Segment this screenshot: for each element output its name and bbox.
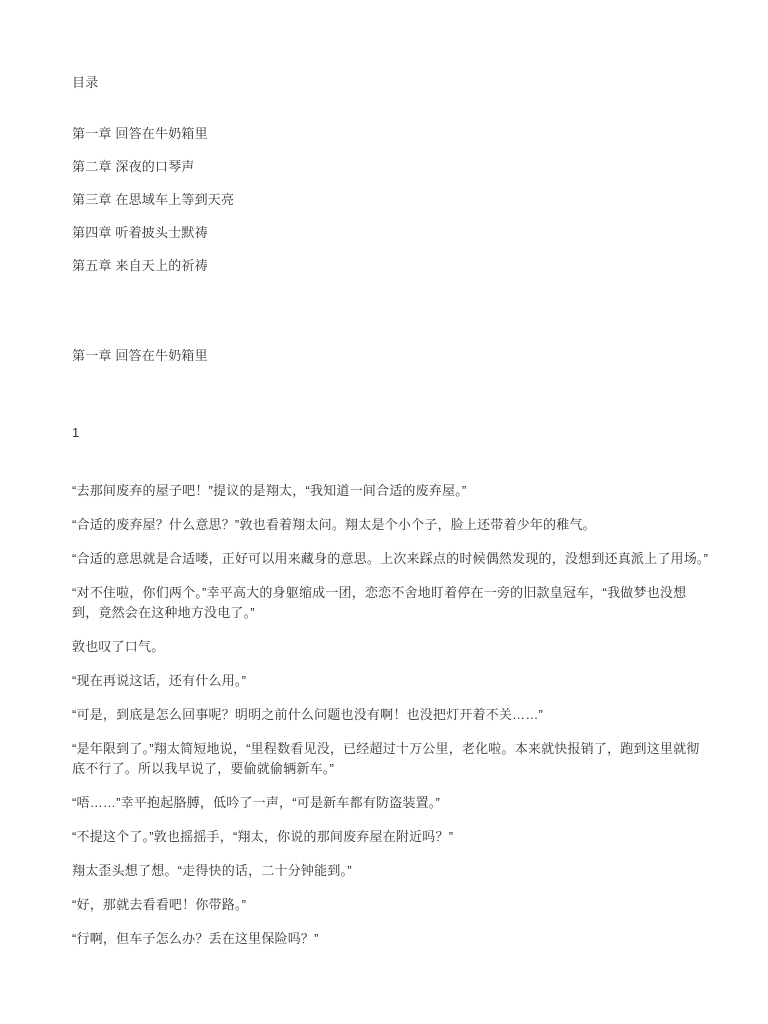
- toc-chapter-item: 第三章 在思域车上等到天亮: [72, 190, 712, 210]
- paragraph: “唔……”幸平抱起胳膊，低吟了一声，“可是新车都有防盗装置。”: [72, 793, 712, 813]
- paragraph: “是年限到了。”翔太简短地说，“里程数看见没，已经超过十万公里，老化啦。本来就快…: [72, 739, 712, 779]
- paragraph: “去那间废弃的屋子吧！”提议的是翔太，“我知道一间合适的废弃屋。”: [72, 481, 712, 501]
- toc-chapter-item: 第二章 深夜的口琴声: [72, 157, 712, 177]
- toc-title: 目录: [72, 73, 712, 93]
- toc-chapter-item: 第四章 听着披头士默祷: [72, 223, 712, 243]
- toc-chapter-item: 第一章 回答在牛奶箱里: [72, 124, 712, 144]
- section-number: 1: [72, 423, 712, 443]
- paragraph: “不提这个了。”敦也摇摇手，“翔太，你说的那间废弃屋在附近吗？”: [72, 827, 712, 847]
- paragraph: “好，那就去看看吧！你带路。”: [72, 895, 712, 915]
- paragraph: “对不住啦，你们两个。”幸平高大的身躯缩成一团，恋恋不舍地盯着停在一旁的旧款皇冠…: [72, 583, 712, 623]
- paragraph: “现在再说这话，还有什么用。”: [72, 671, 712, 691]
- paragraph: “合适的意思就是合适喽，正好可以用来藏身的意思。上次来踩点的时候偶然发现的，没想…: [72, 549, 712, 569]
- toc-chapter-item: 第五章 来自天上的祈祷: [72, 256, 712, 276]
- chapter-heading: 第一章 回答在牛奶箱里: [72, 346, 712, 366]
- chapter-body: “去那间废弃的屋子吧！”提议的是翔太，“我知道一间合适的废弃屋。”“合适的废弃屋…: [72, 481, 712, 949]
- toc-list: 第一章 回答在牛奶箱里第二章 深夜的口琴声第三章 在思域车上等到天亮第四章 听着…: [72, 124, 712, 276]
- paragraph: “合适的废弃屋？什么意思？”敦也看着翔太问。翔太是个小个子，脸上还带着少年的稚气…: [72, 515, 712, 535]
- paragraph: “可是，到底是怎么回事呢？明明之前什么问题也没有啊！也没把灯开着不关……”: [72, 705, 712, 725]
- paragraph: “行啊，但车子怎么办？丢在这里保险吗？”: [72, 929, 712, 949]
- document-page: 目录 第一章 回答在牛奶箱里第二章 深夜的口琴声第三章 在思域车上等到天亮第四章…: [0, 0, 768, 1024]
- paragraph: 敦也叹了口气。: [72, 637, 712, 657]
- paragraph: 翔太歪头想了想。“走得快的话，二十分钟能到。”: [72, 861, 712, 881]
- page-content: 目录 第一章 回答在牛奶箱里第二章 深夜的口琴声第三章 在思域车上等到天亮第四章…: [72, 0, 712, 949]
